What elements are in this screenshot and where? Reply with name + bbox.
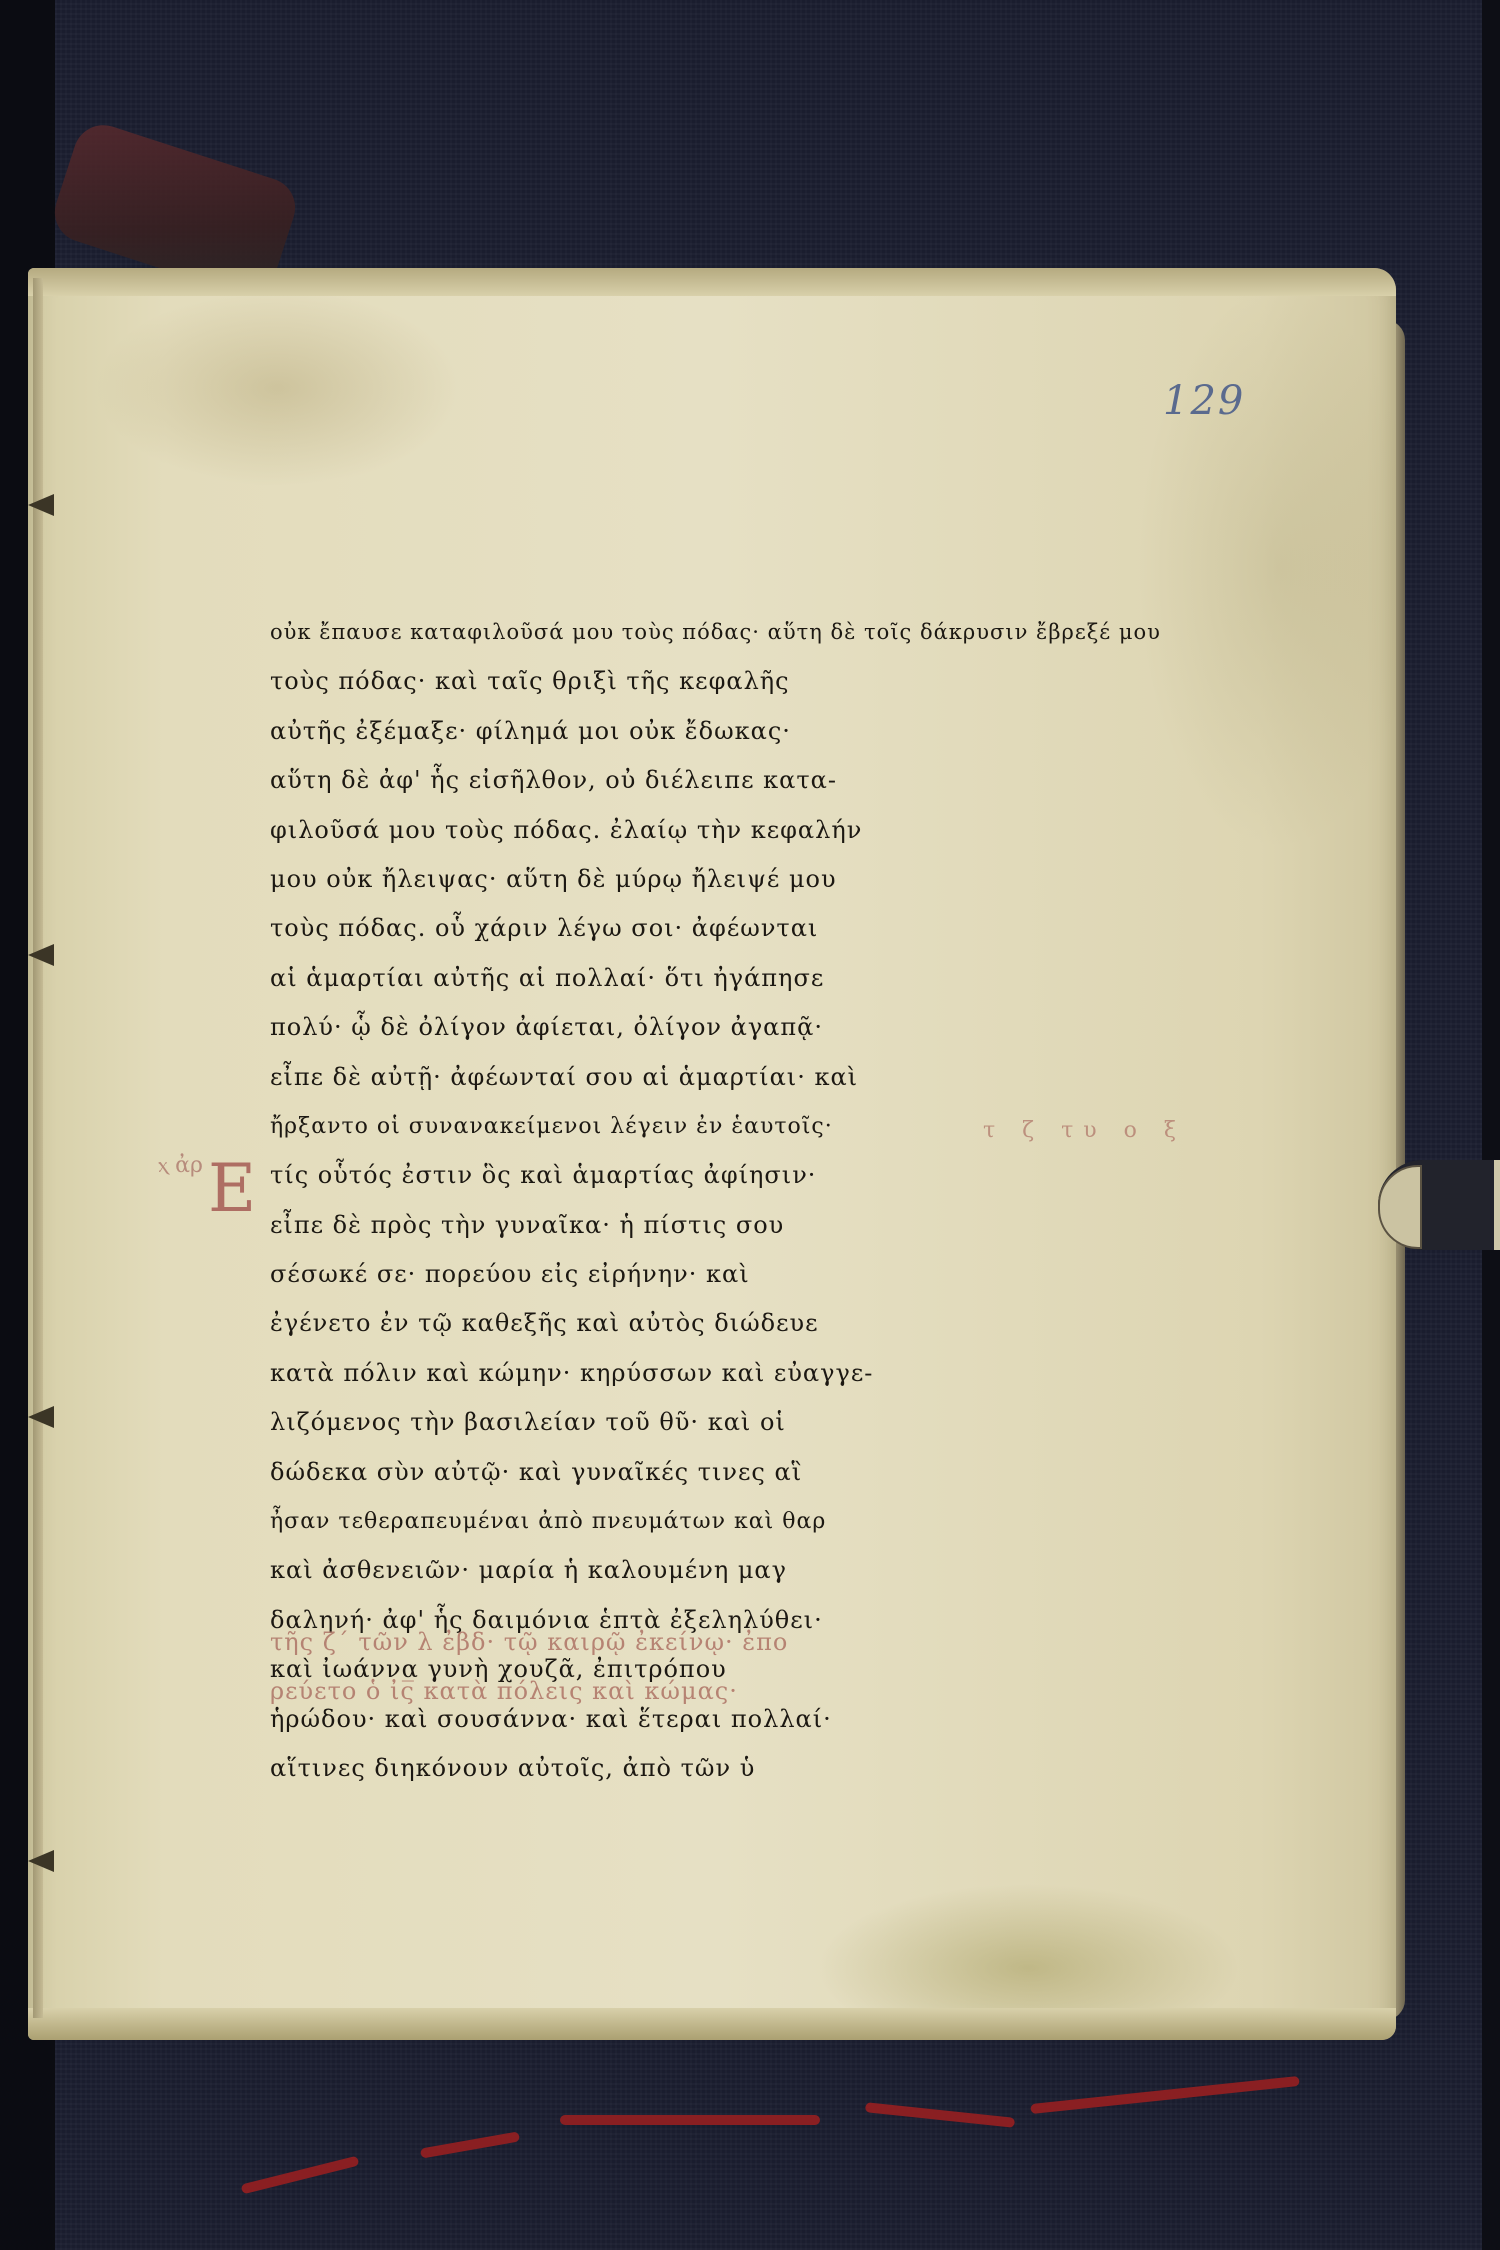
text-line: αὕτη δὲ ἀφ' ἧς εἰσῆλθον, οὐ διέλειπε κατ… (270, 756, 1050, 805)
text-line: εἶπε δὲ αὐτῇ· ἀφέωνταί σου αἱ ἁμαρτίαι· … (270, 1053, 1050, 1102)
text-line: καὶ ἀσθενειῶν· μαρία ἡ καλουμένη μαγ (270, 1546, 1050, 1595)
red-rubric: τῆς ζ΄ τῶν λ ἐβδ· τῷ καιρῷ ἐκείνῳ· ἐπο ρ… (270, 1618, 1050, 1717)
text-line: μου οὐκ ἤλειψας· αὕτη δὲ μύρῳ ἤλειψέ μου (270, 855, 1050, 904)
text-line: τοὺς πόδας· καὶ ταῖς θριξὶ τῆς κεφαλῆς (270, 657, 1050, 706)
red-initial-letter: Ε (208, 1150, 256, 1227)
text-line: ἤρξαντο οἱ συνανακείμενοι λέγειν ἐν ἑαυτ… (270, 1102, 1050, 1151)
rubric-line: ρεύετο ὁ ἰς̅ κατὰ πόλεις καὶ κώμας· (270, 1667, 1050, 1716)
text-line: οὐκ ἔπαυσε καταφιλοῦσά μου τοὺς πόδας· α… (270, 608, 1050, 657)
folio-number: 129 (1163, 378, 1245, 424)
text-line: ἐγένετο ἐν τῷ καθεξῆς καὶ αὐτὸς διώδευε (270, 1299, 1050, 1348)
text-line: ἦσαν τεθεραπευμέναι ἀπὸ πνευμάτων καὶ θα… (270, 1497, 1050, 1546)
text-line: αἱ ἁμαρτίαι αὐτῆς αἱ πολλαί· ὅτι ἠγάπησε (270, 954, 1050, 1003)
text-line: αὐτῆς ἐξέμαξε· φίλημά μοι οὐκ ἔδωκας· (270, 707, 1050, 756)
binding-right-edge (1482, 0, 1500, 2250)
text-line: δώδεκα σὺν αὐτῷ· καὶ γυναῖκές τινες αἳ (270, 1448, 1050, 1497)
manuscript-page: 129 ⲭ ἀρ Ε τ ζ τυ ο ξ οὐκ ἔπαυσε καταφιλ… (28, 268, 1396, 2040)
text-line: κατὰ πόλιν καὶ κώμην· κηρύσσων καὶ εὐαγγ… (270, 1349, 1050, 1398)
page-bottom-edge (28, 2008, 1396, 2040)
text-line: πολύ· ᾧ δὲ ὀλίγον ἀφίεται, ὀλίγον ἀγαπᾷ· (270, 1003, 1050, 1052)
text-line: τίς οὗτός ἐστιν ὃς καὶ ἁμαρτίας ἀφίησιν· (270, 1151, 1050, 1200)
text-line: τοὺς πόδας. οὗ χάριν λέγω σοι· ἀφέωνται (270, 904, 1050, 953)
page-top-edge (28, 268, 1396, 296)
text-line: σέσωκέ σε· πορεύου εἰς εἰρήνην· καὶ (270, 1250, 1050, 1299)
text-line: φιλοῦσά μου τοὺς πόδας. ἐλαίῳ τὴν κεφαλή… (270, 806, 1050, 855)
stitch-thread (560, 2115, 820, 2125)
text-line: αἵτινες διηκόνουν αὐτοῖς, ἀπὸ τῶν ὑ (270, 1744, 1050, 1793)
main-text-block: οὐκ ἔπαυσε καταφιλοῦσά μου τοὺς πόδας· α… (270, 608, 1050, 1793)
marginal-note-left: ⲭ ἀρ (158, 1153, 203, 1179)
text-line: λιζόμενος τὴν βασιλείαν τοῦ θῦ· καὶ οἱ (270, 1398, 1050, 1447)
text-line: εἶπε δὲ πρὸς τὴν γυναῖκα· ἡ πίστις σου (270, 1201, 1050, 1250)
rubric-line: τῆς ζ΄ τῶν λ ἐβδ· τῷ καιρῷ ἐκείνῳ· ἐπο (270, 1618, 1050, 1667)
gutter (33, 278, 43, 2018)
